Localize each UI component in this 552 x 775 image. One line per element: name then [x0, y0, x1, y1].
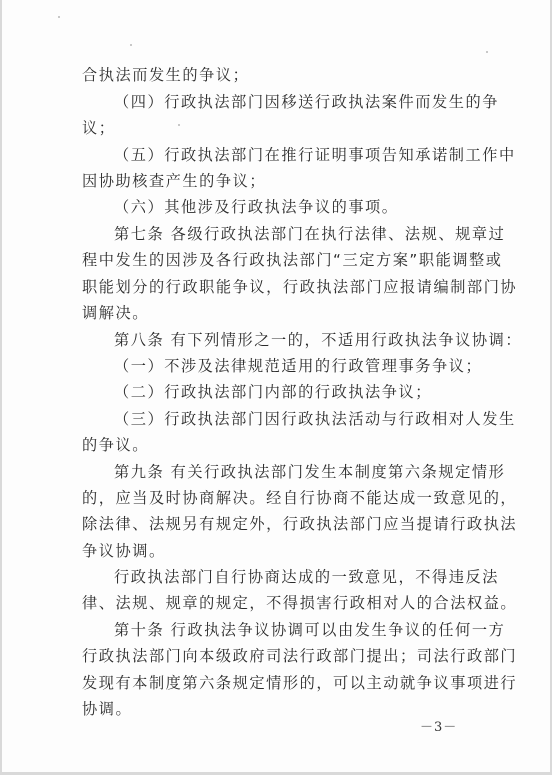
page-number: －3－	[420, 716, 457, 735]
text-line: （三）行政执法部门因行政执法活动与行政相对人发生	[114, 408, 482, 430]
text-line: 合执法而发生的争议；	[82, 64, 482, 86]
text-line: 发现有本制度第六条规定情形的，可以主动就争议事项进行	[82, 672, 482, 694]
text-line: 程中发生的因涉及各行政执法部门“三定方案”职能调整或	[82, 249, 482, 271]
text-line: 第七条 各级行政执法部门在执行法律、法规、规章过	[114, 223, 482, 245]
scan-speck	[58, 16, 60, 18]
text-line: 议；	[82, 117, 482, 139]
text-line: 因协助核查产生的争议；	[82, 170, 482, 192]
text-line: 的，应当及时协商解决。经自行协商不能达成一致意见的，	[82, 487, 482, 509]
text-line: （一）不涉及法律规范适用的行政管理事务争议；	[114, 355, 482, 377]
text-line: 行政执法部门自行协商达成的一致意见，不得违反法	[114, 566, 482, 588]
text-line: 行政执法部门向本级政府司法行政部门提出；司法行政部门	[82, 645, 482, 667]
text-line: （六）其他涉及行政执法争议的事项。	[114, 196, 482, 218]
text-line: 律、法规、规章的规定，不得损害行政相对人的合法权益。	[82, 592, 482, 614]
scan-speck	[130, 44, 132, 46]
text-line: 职能划分的行政职能争议，行政执法部门应报请编制部门协	[82, 276, 482, 298]
text-line: 除法律、法规另有规定外，行政执法部门应当提请行政执法	[82, 513, 482, 535]
text-line: 第九条 有关行政执法部门发生本制度第六条规定情形	[114, 461, 482, 483]
text-line: 调解决。	[82, 302, 482, 324]
text-line: 第八条 有下列情形之一的，不适用行政执法争议协调：	[114, 329, 482, 351]
scan-speck	[486, 51, 488, 53]
text-line: （二）行政执法部门内部的行政执法争议；	[114, 381, 482, 403]
text-line: （四）行政执法部门因移送行政执法案件而发生的争	[114, 91, 482, 113]
text-line: （五）行政执法部门在推行证明事项告知承诺制工作中	[114, 144, 482, 166]
text-line: 的争议。	[82, 434, 482, 456]
document-page: 合执法而发生的争议； （四）行政执法部门因移送行政执法案件而发生的争 议； （五…	[2, 0, 550, 772]
text-line: 争议协调。	[82, 540, 482, 562]
text-line: 第十条 行政执法争议协调可以由发生争议的任何一方	[114, 619, 482, 641]
